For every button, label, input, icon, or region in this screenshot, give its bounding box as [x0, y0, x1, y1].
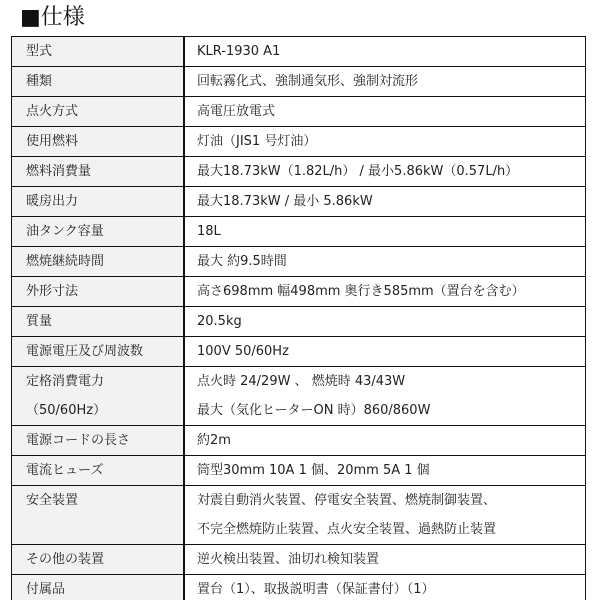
spec-label: 電源電圧及び周波数: [12, 337, 185, 367]
spec-row-fuel: 使用燃料 灯油（JIS1 号灯油）: [12, 127, 586, 157]
spec-value: 100V 50/60Hz: [184, 337, 586, 367]
spec-row-fuel-consumption: 燃料消費量 最大18.73kW（1.82L/h） / 最小5.86kW（0.57…: [12, 157, 586, 187]
spec-row-rated-power: 定格消費電力 （50/60Hz） 点火時 24/29W 、 燃焼時 43/43W…: [12, 367, 586, 426]
spec-row-ignition: 点火方式 高電圧放電式: [12, 97, 586, 127]
spec-value: 約2m: [184, 426, 586, 456]
spec-label: 電源コードの長さ: [12, 426, 185, 456]
spec-value: 筒型30mm 10A 1 個、20mm 5A 1 個: [184, 456, 586, 486]
spec-row-safety-devices: 安全装置 対震自動消火装置、停電安全装置、燃焼制御装置、 不完全燃焼防止装置、点…: [12, 486, 586, 545]
spec-label: 点火方式: [12, 97, 185, 127]
spec-value: 対震自動消火装置、停電安全装置、燃焼制御装置、 不完全燃焼防止装置、点火安全装置…: [184, 486, 586, 545]
spec-label: 質量: [12, 307, 185, 337]
spec-label: 定格消費電力 （50/60Hz）: [12, 367, 185, 426]
spec-label: 燃焼継続時間: [12, 247, 185, 277]
spec-label: 電流ヒューズ: [12, 456, 185, 486]
spec-table: 型式 KLR-1930 A1 種類 回転霧化式、強制通気形、強制対流形 点火方式…: [11, 36, 586, 600]
spec-value: 18L: [184, 217, 586, 247]
spec-value: 点火時 24/29W 、 燃焼時 43/43W 最大（気化ヒーターON 時）86…: [184, 367, 586, 426]
spec-value: 置台（1）、取扱説明書（保証書付）（1）: [184, 575, 586, 600]
spec-row-fuse: 電流ヒューズ 筒型30mm 10A 1 個、20mm 5A 1 個: [12, 456, 586, 486]
spec-row-tank-capacity: 油タンク容量 18L: [12, 217, 586, 247]
spec-row-accessories: 付属品 置台（1）、取扱説明書（保証書付）（1）: [12, 575, 586, 600]
spec-value: 最大18.73kW / 最小 5.86kW: [184, 187, 586, 217]
spec-label: その他の装置: [12, 545, 185, 575]
spec-value: 20.5kg: [184, 307, 586, 337]
spec-row-burn-time: 燃焼継続時間 最大 約9.5時間: [12, 247, 586, 277]
spec-value: 高電圧放電式: [184, 97, 586, 127]
spec-value: 灯油（JIS1 号灯油）: [184, 127, 586, 157]
spec-label: 安全装置: [12, 486, 185, 545]
spec-label: 付属品: [12, 575, 185, 600]
spec-value: 高さ698mm 幅498mm 奥行き585mm（置台を含む）: [184, 277, 586, 307]
spec-row-dimensions: 外形寸法 高さ698mm 幅498mm 奥行き585mm（置台を含む）: [12, 277, 586, 307]
spec-value: KLR-1930 A1: [184, 37, 586, 67]
spec-row-type: 種類 回転霧化式、強制通気形、強制対流形: [12, 67, 586, 97]
spec-label: 暖房出力: [12, 187, 185, 217]
spec-row-model: 型式 KLR-1930 A1: [12, 37, 586, 67]
spec-label: 使用燃料: [12, 127, 185, 157]
spec-row-heating-output: 暖房出力 最大18.73kW / 最小 5.86kW: [12, 187, 586, 217]
spec-value: 逆火検出装置、油切れ検知装置: [184, 545, 586, 575]
spec-label: 型式: [12, 37, 185, 67]
spec-row-cord-length: 電源コードの長さ 約2m: [12, 426, 586, 456]
spec-row-other-devices: その他の装置 逆火検出装置、油切れ検知装置: [12, 545, 586, 575]
spec-row-power-supply: 電源電圧及び周波数 100V 50/60Hz: [12, 337, 586, 367]
page-title: ■仕様: [20, 4, 85, 32]
spec-label: 種類: [12, 67, 185, 97]
spec-row-weight: 質量 20.5kg: [12, 307, 586, 337]
spec-value: 最大18.73kW（1.82L/h） / 最小5.86kW（0.57L/h）: [184, 157, 586, 187]
spec-value: 最大 約9.5時間: [184, 247, 586, 277]
spec-value: 回転霧化式、強制通気形、強制対流形: [184, 67, 586, 97]
spec-label: 燃料消費量: [12, 157, 185, 187]
spec-label: 油タンク容量: [12, 217, 185, 247]
spec-label: 外形寸法: [12, 277, 185, 307]
